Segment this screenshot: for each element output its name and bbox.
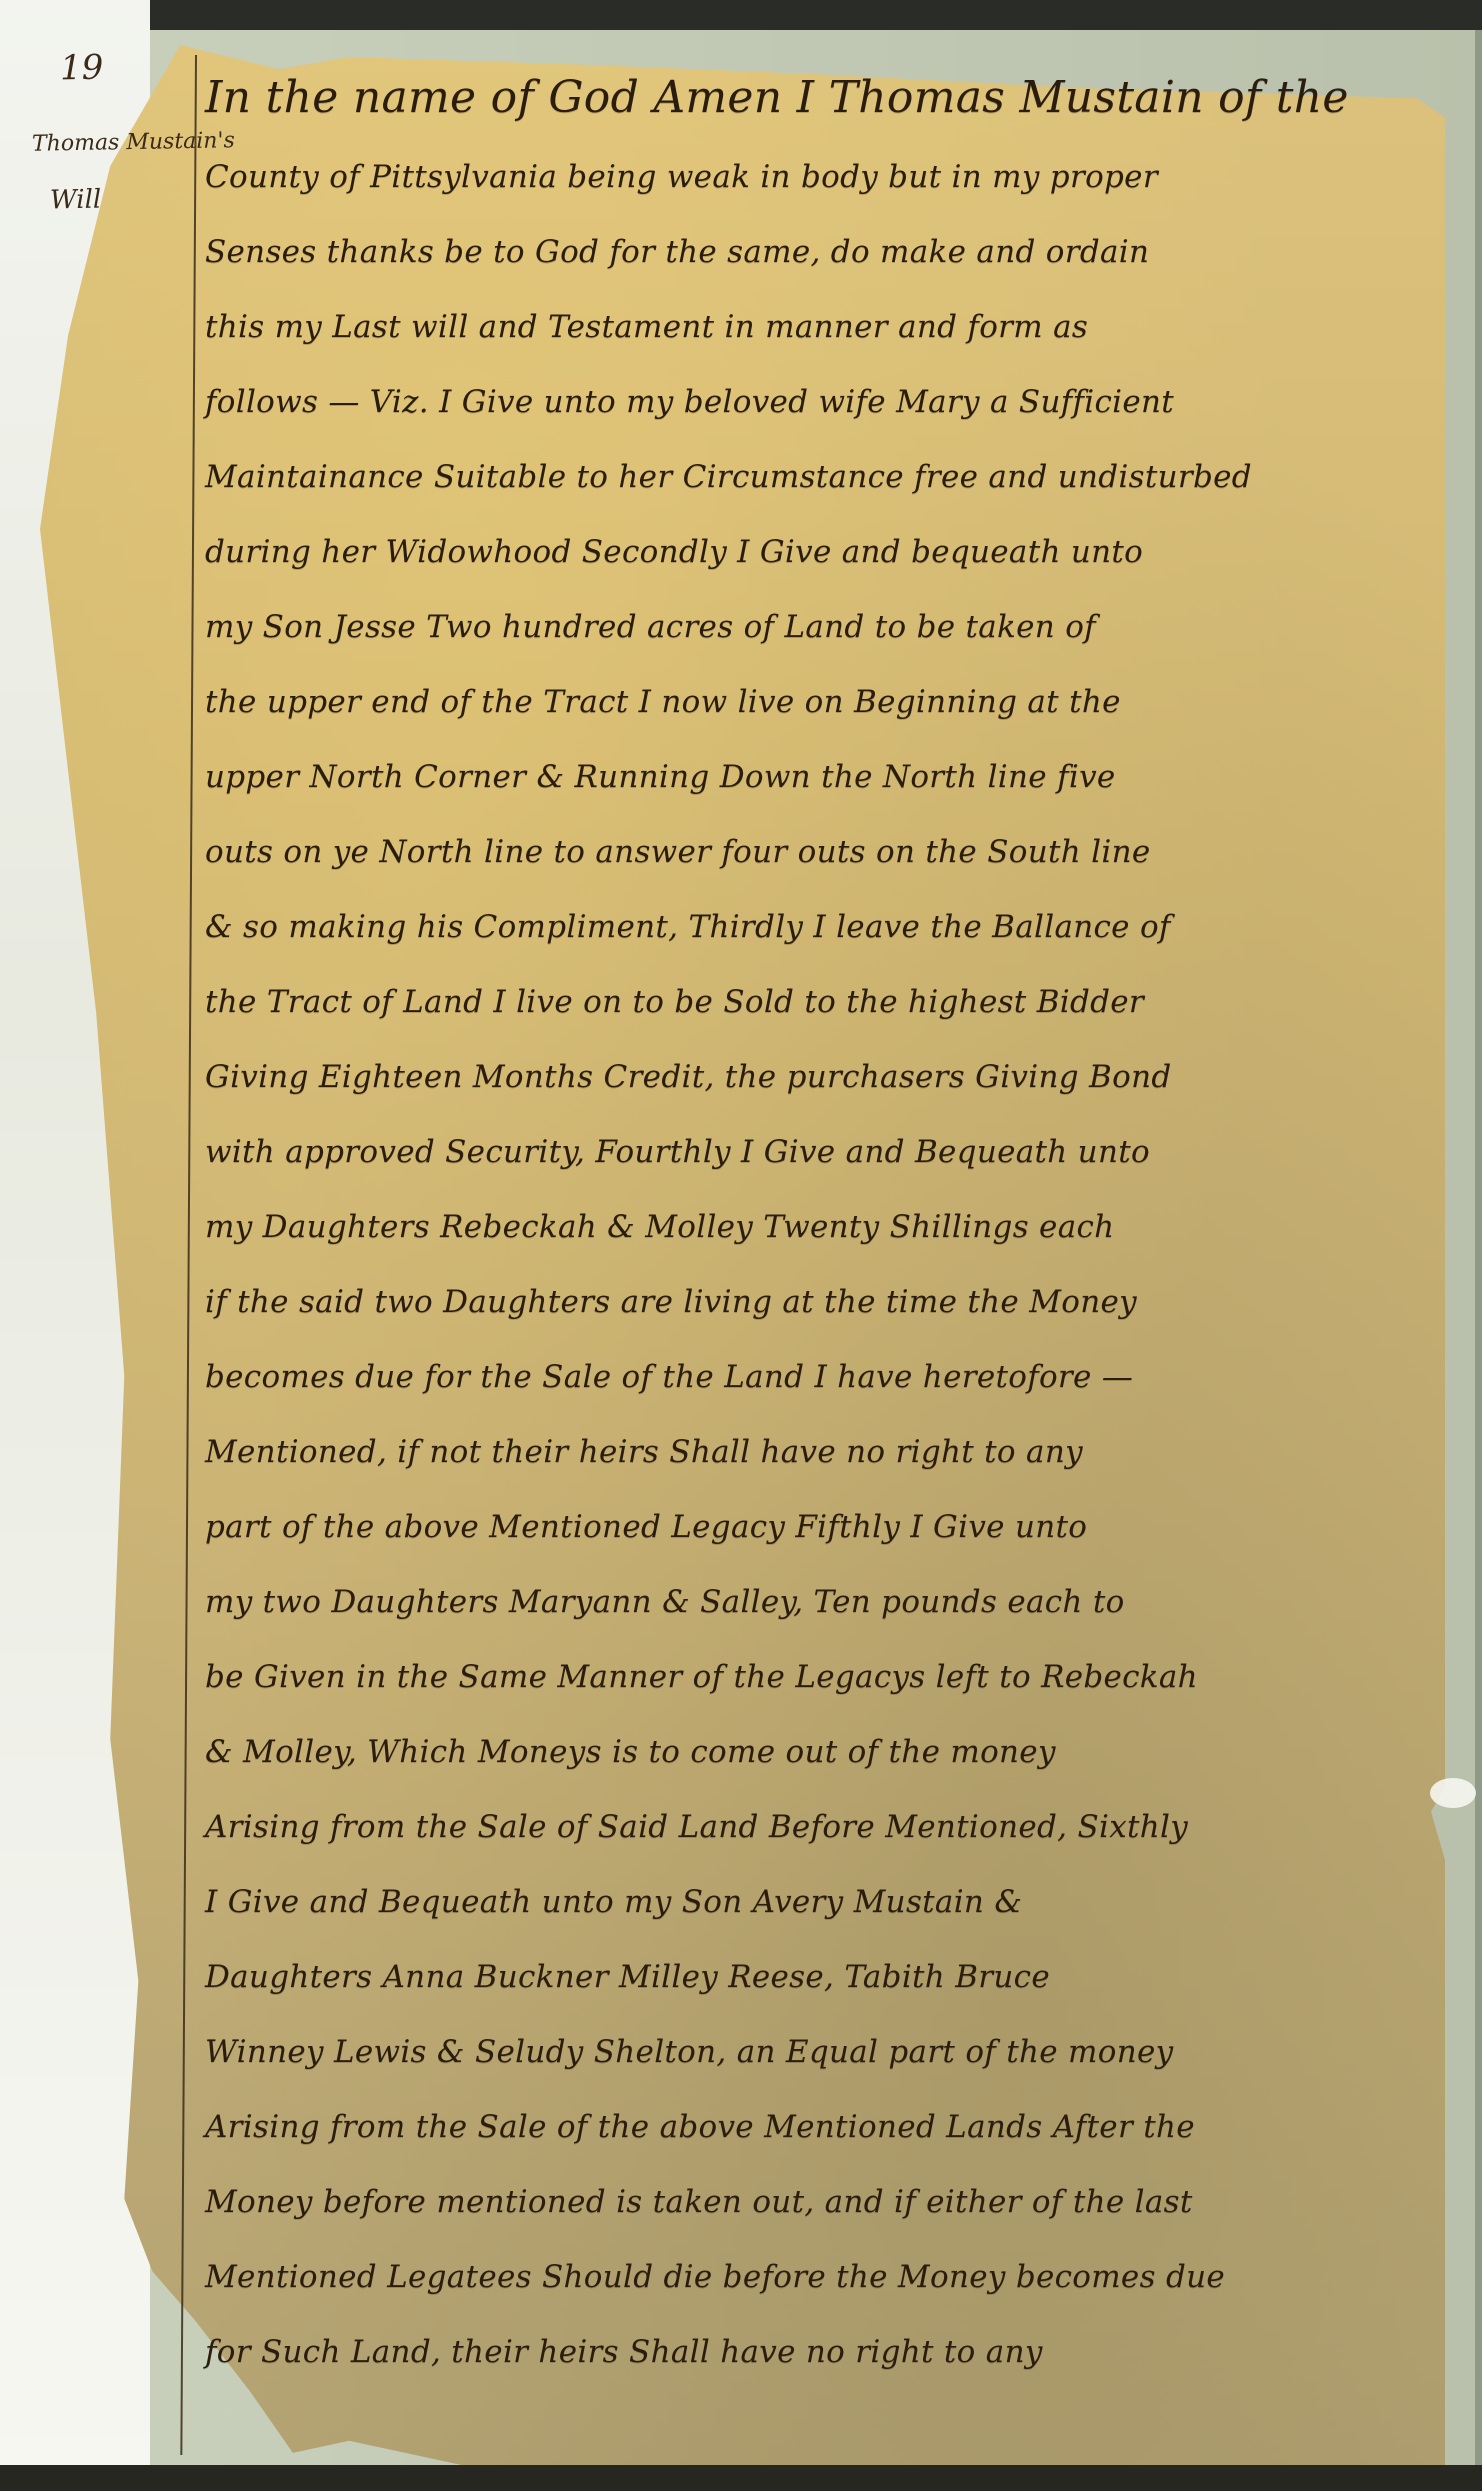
text-line: my Daughters Rebeckah & Molley Twenty Sh… xyxy=(205,1190,1455,1265)
text-line: Senses thanks be to God for the same, do… xyxy=(205,215,1455,290)
text-line: Daughters Anna Buckner Milley Reese, Tab… xyxy=(205,1940,1455,2015)
margin-will-label: Will xyxy=(50,185,102,216)
text-line: & Molley, Which Moneys is to come out of… xyxy=(205,1715,1455,1790)
will-body-text: In the name of God Amen I Thomas Mustain… xyxy=(205,55,1455,2390)
text-line: part of the above Mentioned Legacy Fifth… xyxy=(205,1490,1455,1565)
light-glare-spot xyxy=(1430,1778,1476,1808)
text-line: Maintainance Suitable to her Circumstanc… xyxy=(205,440,1455,515)
text-line: Mentioned Legatees Should die before the… xyxy=(205,2240,1455,2315)
text-line: & so making his Compliment, Thirdly I le… xyxy=(205,890,1455,965)
text-line: be Given in the Same Manner of the Legac… xyxy=(205,1640,1455,1715)
text-line: my two Daughters Maryann & Salley, Ten p… xyxy=(205,1565,1455,1640)
text-line: I Give and Bequeath unto my Son Avery Mu… xyxy=(205,1865,1455,1940)
text-line: follows — Viz. I Give unto my beloved wi… xyxy=(205,365,1455,440)
text-line: Arising from the Sale of Said Land Befor… xyxy=(205,1790,1455,1865)
text-line: Winney Lewis & Seludy Shelton, an Equal … xyxy=(205,2015,1455,2090)
text-line: becomes due for the Sale of the Land I h… xyxy=(205,1340,1455,1415)
text-line: upper North Corner & Running Down the No… xyxy=(205,740,1455,815)
text-line: outs on ye North line to answer four out… xyxy=(205,815,1455,890)
text-line: with approved Security, Fourthly I Give … xyxy=(205,1115,1455,1190)
text-line: In the name of God Amen I Thomas Mustain… xyxy=(205,55,1455,140)
text-line: this my Last will and Testament in manne… xyxy=(205,290,1455,365)
text-line: Arising from the Sale of the above Menti… xyxy=(205,2090,1455,2165)
text-line: County of Pittsylvania being weak in bod… xyxy=(205,140,1455,215)
bottom-frame-edge xyxy=(0,2465,1482,2491)
page-number: 19 xyxy=(60,48,104,89)
text-line: my Son Jesse Two hundred acres of Land t… xyxy=(205,590,1455,665)
text-line: Giving Eighteen Months Credit, the purch… xyxy=(205,1040,1455,1115)
text-line: during her Widowhood Secondly I Give and… xyxy=(205,515,1455,590)
text-line: the upper end of the Tract I now live on… xyxy=(205,665,1455,740)
text-line: the Tract of Land I live on to be Sold t… xyxy=(205,965,1455,1040)
text-line: Money before mentioned is taken out, and… xyxy=(205,2165,1455,2240)
text-line: for Such Land, their heirs Shall have no… xyxy=(205,2315,1455,2390)
text-line: Mentioned, if not their heirs Shall have… xyxy=(205,1415,1455,1490)
text-line: if the said two Daughters are living at … xyxy=(205,1265,1455,1340)
